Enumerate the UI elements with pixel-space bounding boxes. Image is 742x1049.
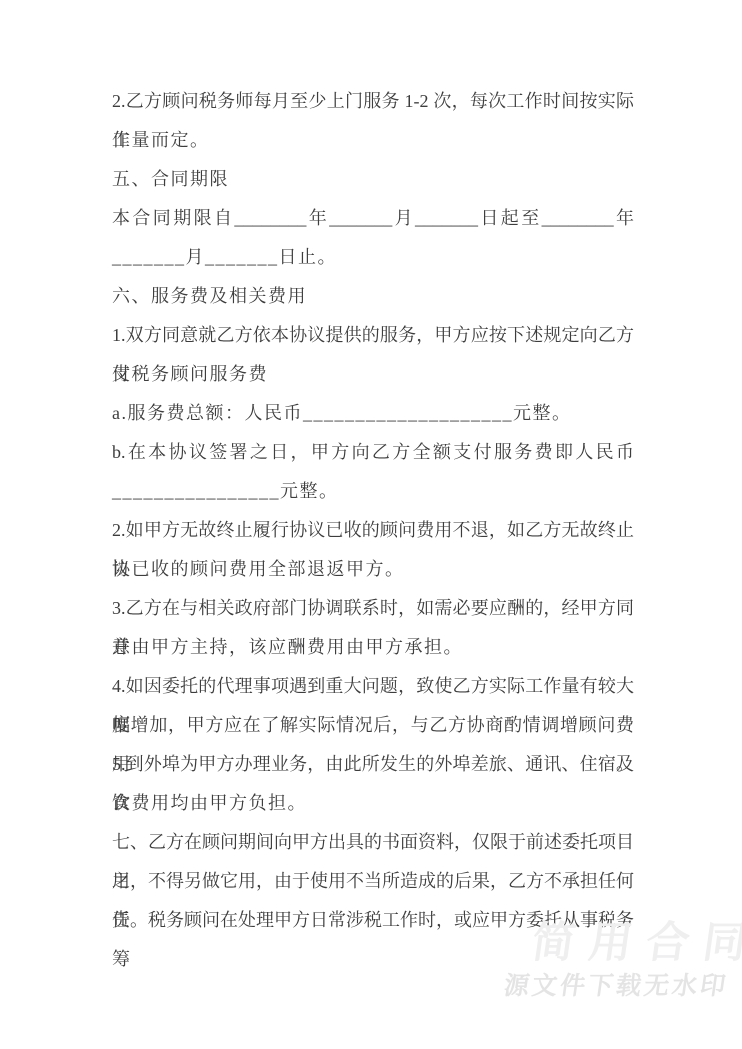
text-line: 任。税务顾问在处理甲方日常涉税工作时，或应甲方委托从事税务筹 bbox=[112, 901, 634, 940]
text-line: 作量而定。 bbox=[112, 121, 634, 160]
text-line: 4.如因委托的代理事项遇到重大问题，致使乙方实际工作量有较大幅 bbox=[112, 667, 634, 706]
text-line: 议已收的顾问费用全部退返甲方。 bbox=[112, 550, 634, 589]
contract-page: 2.乙方顾问税务师每月至少上门服务 1-2 次，每次工作时间按实际工作量而定。五… bbox=[0, 0, 742, 1049]
text-line: 并由甲方主持，该应酬费用由甲方承担。 bbox=[112, 628, 634, 667]
text-line: 5.到外埠为甲方办理业务，由此所发生的外埠差旅、通讯、住宿及饮 bbox=[112, 745, 634, 784]
text-line: 1.双方同意就乙方依本协议提供的服务，甲方应按下述规定向乙方支 bbox=[112, 316, 634, 355]
text-line: 付税务顾问服务费 bbox=[112, 355, 634, 394]
text-line: a.服务费总额：人民币____________________元整。 bbox=[112, 394, 634, 433]
text-line: 2.乙方顾问税务师每月至少上门服务 1-2 次，每次工作时间按实际工 bbox=[112, 82, 634, 121]
text-line: ________________元整。 bbox=[112, 472, 634, 511]
text-line: 五、合同期限 bbox=[112, 160, 634, 199]
text-line: 食费用均由甲方负担。 bbox=[112, 784, 634, 823]
text-line: 度增加，甲方应在了解实际情况后，与乙方协商酌情调增顾问费用。 bbox=[112, 706, 634, 745]
text-line: _______月_______日止。 bbox=[112, 238, 634, 277]
text-line: 六、服务费及相关费用 bbox=[112, 277, 634, 316]
watermark-tagline-text: 源文件下载无水印 bbox=[502, 971, 742, 1001]
text-line: 3.乙方在与相关政府部门协调联系时，如需必要应酬的，经甲方同意 bbox=[112, 589, 634, 628]
text-line: 2.如甲方无故终止履行协议已收的顾问费用不退，如乙方无故终止协 bbox=[112, 511, 634, 550]
text-line: b.在本协议签署之日，甲方向乙方全额支付服务费即人民币 bbox=[112, 433, 634, 472]
text-line: 用，不得另做它用，由于使用不当所造成的后果，乙方不承担任何责 bbox=[112, 862, 634, 901]
text-line: 七、乙方在顾问期间向甲方出具的书面资料，仅限于前述委托项目之 bbox=[112, 823, 634, 862]
contract-body-text: 2.乙方顾问税务师每月至少上门服务 1-2 次，每次工作时间按实际工作量而定。五… bbox=[112, 82, 634, 940]
text-line: 本合同期限自________年_______月_______日起至_______… bbox=[112, 199, 634, 238]
